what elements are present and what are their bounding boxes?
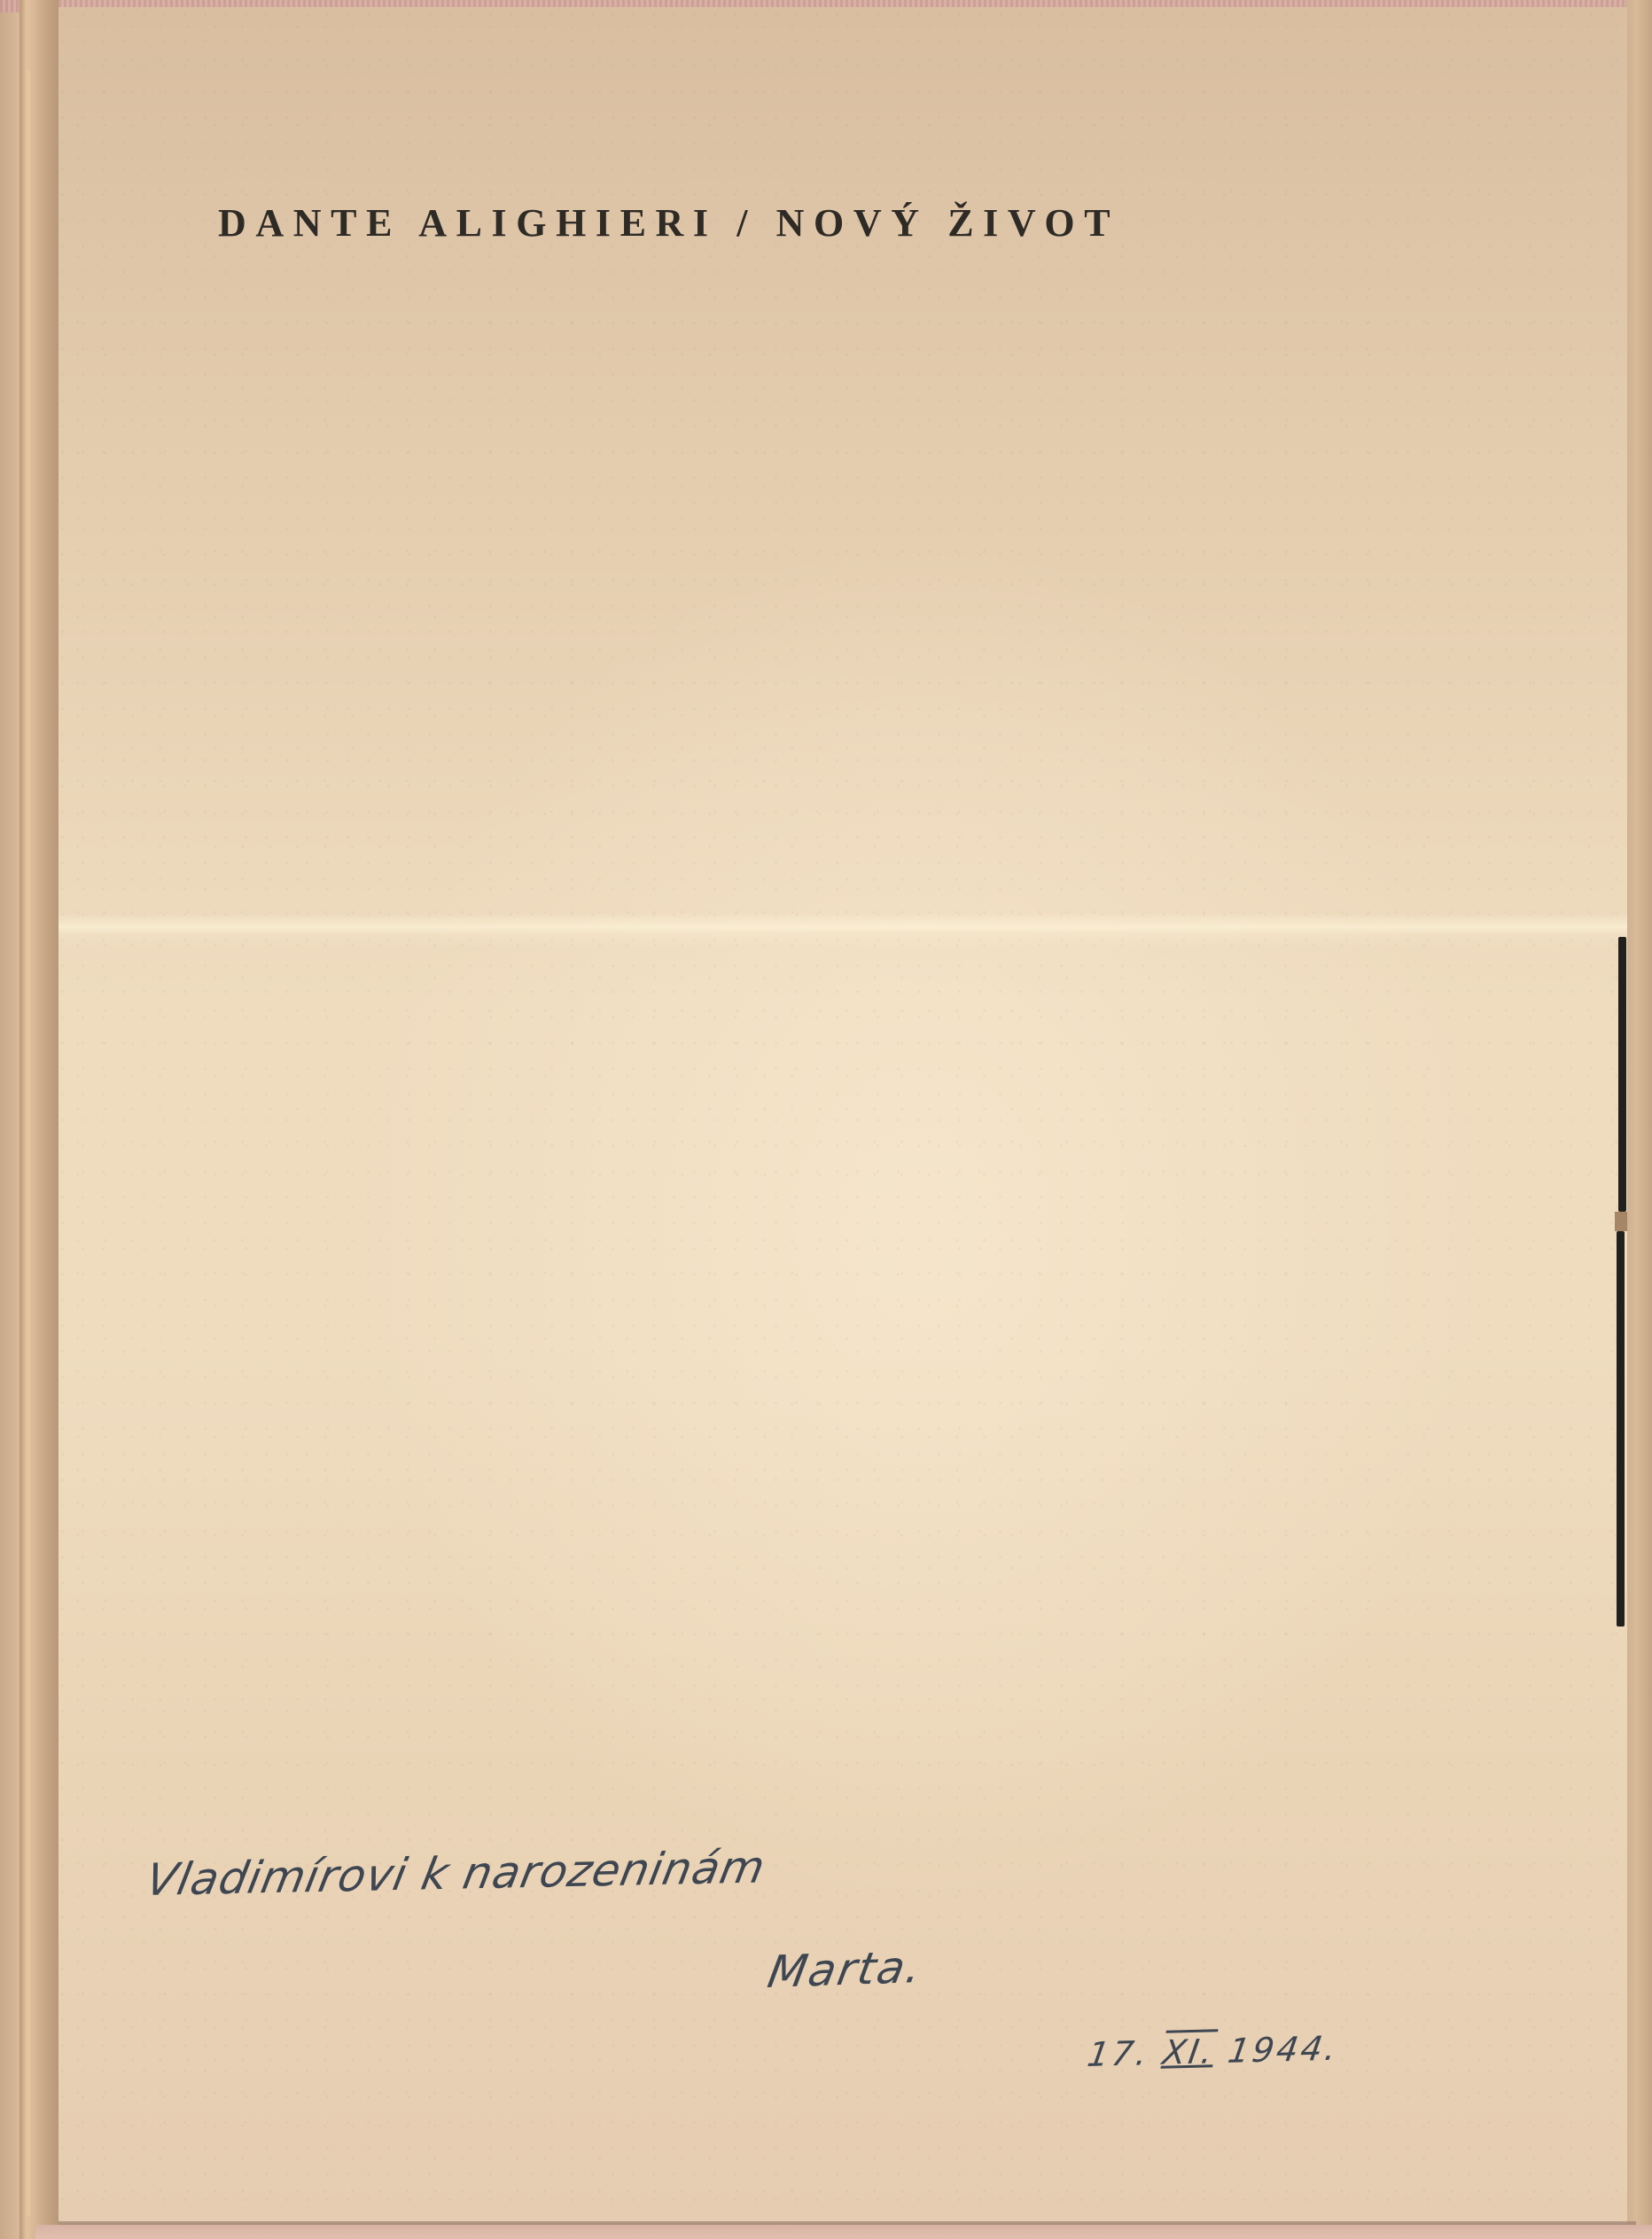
date-month-roman: XI. [1160,2032,1218,2072]
vertical-black-bar-lower [1617,1231,1625,1627]
book-title: DANTE ALIGHIERI / NOVÝ ŽIVOT [218,199,1119,248]
bar-tan-break [1615,1212,1627,1231]
handwritten-date: 17. XI. 1944. [1085,2029,1342,2074]
date-day: 17. [1085,2033,1152,2074]
handwritten-signature: Marta. [764,1941,927,1998]
cover-bottom-band [35,2225,1652,2239]
horizontal-fold-line [58,913,1627,948]
right-cover-edge [1625,0,1652,2239]
vertical-black-bar-upper [1618,937,1626,1212]
date-year: 1944. [1226,2029,1342,2071]
left-spine-edge [19,0,58,2239]
left-spine-highlight [27,71,30,2216]
